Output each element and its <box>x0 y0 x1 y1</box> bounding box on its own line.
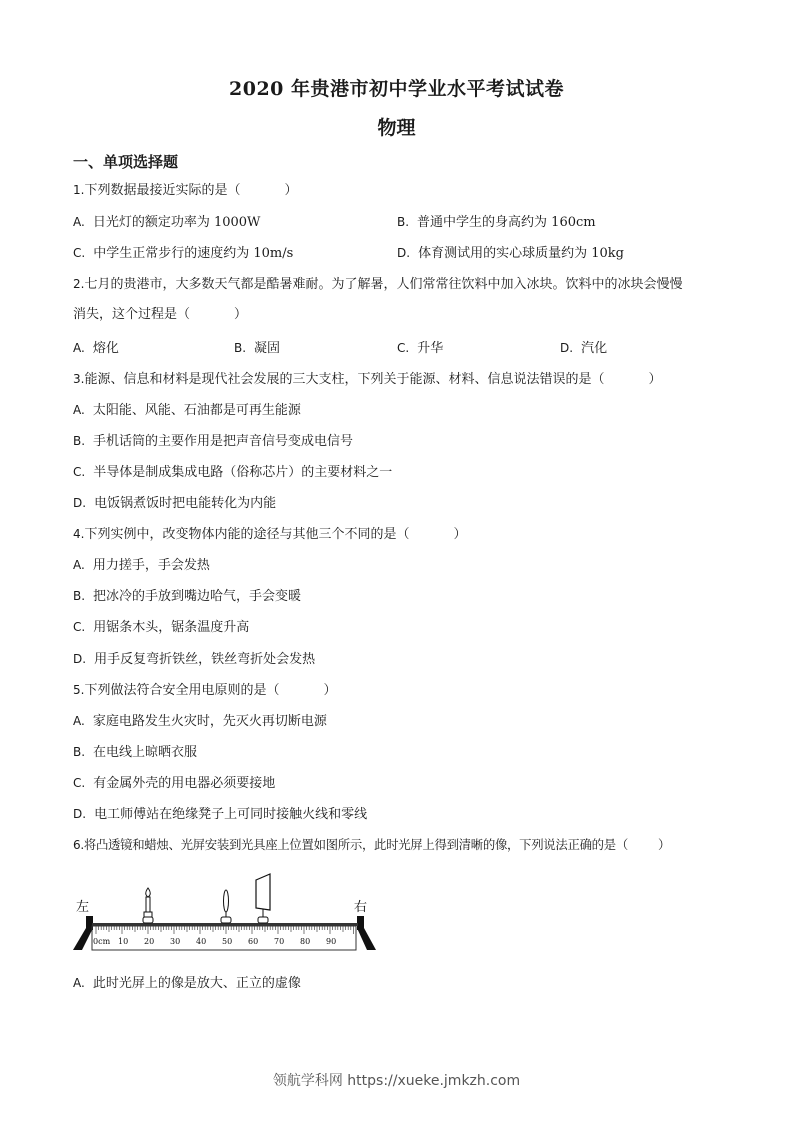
exam-title: 2020 年贵港市初中学业水平考试试卷 <box>0 74 793 101</box>
question-number: 5. <box>73 683 84 697</box>
question-3-option-c[interactable]: C.半导体是制成集成电路（俗称芯片）的主要材料之一 <box>73 464 392 481</box>
question-4-option-a[interactable]: A.用力搓手，手会发热 <box>73 557 210 574</box>
svg-text:90: 90 <box>326 937 336 946</box>
right-label: 右 <box>354 900 367 915</box>
question-2-option-c[interactable]: C.升华 <box>397 340 443 357</box>
question-1-option-c[interactable]: C.中学生正常步行的速度约为 10m/s <box>73 245 293 262</box>
optical-bench-figure: 左 右 0cm <box>70 868 380 954</box>
svg-text:50: 50 <box>222 937 232 946</box>
question-4-stem: 4.下列实例中，改变物体内能的途径与其他三个不同的是（） <box>73 526 466 543</box>
question-3-stem: 3.能源、信息和材料是现代社会发展的三大支柱，下列关于能源、材料、信息说法错误的… <box>73 371 661 388</box>
question-1-option-d[interactable]: D.体育测试用的实心球质量约为 10kg <box>397 245 624 262</box>
convex-lens-icon <box>221 890 231 923</box>
svg-text:80: 80 <box>300 937 310 946</box>
question-2-option-d[interactable]: D.汽化 <box>560 340 607 357</box>
question-3-option-b[interactable]: B.手机话筒的主要作用是把声音信号变成电信号 <box>73 433 353 450</box>
question-5-option-d[interactable]: D.电工师傅站在绝缘凳子上可同时接触火线和零线 <box>73 806 367 823</box>
candle-icon <box>143 888 153 923</box>
svg-text:0cm: 0cm <box>93 937 111 946</box>
question-number: 2. <box>73 277 84 291</box>
ruler-ticks <box>96 926 353 934</box>
question-6-option-a[interactable]: A.此时光屏上的像是放大、正立的虚像 <box>73 975 301 992</box>
question-3-option-a[interactable]: A.太阳能、风能、石油都是可再生能源 <box>73 402 301 419</box>
question-1-stem: 1.下列数据最接近实际的是（） <box>73 182 297 199</box>
question-1-option-a[interactable]: A.日光灯的额定功率为 1000W <box>73 214 260 231</box>
svg-text:30: 30 <box>170 937 180 946</box>
question-4-option-b[interactable]: B.把冰冷的手放到嘴边哈气，手会变暖 <box>73 588 301 605</box>
question-2-option-b[interactable]: B.凝固 <box>234 340 280 357</box>
question-2-option-a[interactable]: A.熔化 <box>73 340 119 357</box>
footer-watermark: 领航学科网 https://xueke.jmkzh.com <box>0 1070 793 1090</box>
question-3-option-d[interactable]: D.电饭锅煮饭时把电能转化为内能 <box>73 495 276 512</box>
question-number: 3. <box>73 372 84 386</box>
bench-right-stand-icon <box>357 916 376 950</box>
question-6-stem: 6.将凸透镜和蜡烛、光屏安装到光具座上位置如图所示，此时光屏上得到清晰的像，下列… <box>73 837 670 853</box>
svg-text:60: 60 <box>248 937 258 946</box>
question-5-option-c[interactable]: C.有金属外壳的用电器必须要接地 <box>73 775 275 792</box>
question-number: 4. <box>73 527 84 541</box>
light-screen-icon <box>256 874 270 923</box>
question-5-stem: 5.下列做法符合安全用电原则的是（） <box>73 682 336 699</box>
svg-text:10: 10 <box>118 937 128 946</box>
question-number: 1. <box>73 183 84 197</box>
question-4-option-d[interactable]: D.用手反复弯折铁丝，铁丝弯折处会发热 <box>73 651 315 668</box>
question-5-option-a[interactable]: A.家庭电路发生火灾时，先灭火再切断电源 <box>73 713 327 730</box>
question-4-option-c[interactable]: C.用锯条木头，锯条温度升高 <box>73 619 249 636</box>
svg-text:40: 40 <box>196 937 206 946</box>
bench-left-stand-icon <box>73 916 93 950</box>
svg-text:20: 20 <box>144 937 154 946</box>
svg-text:70: 70 <box>274 937 284 946</box>
question-2-stem-line2: 消失，这个过程是（） <box>73 307 247 323</box>
left-label: 左 <box>76 900 89 915</box>
question-number: 6. <box>73 838 84 852</box>
exam-subject: 物理 <box>0 113 793 140</box>
question-1-option-b[interactable]: B.普通中学生的身高约为 160cm <box>397 214 596 231</box>
ruler-labels: 0cm 10 20 30 40 50 60 70 80 90 <box>93 937 336 946</box>
section-heading: 一、单项选择题 <box>73 151 178 172</box>
question-5-option-b[interactable]: B.在电线上晾晒衣服 <box>73 744 197 761</box>
question-2-stem: 2.七月的贵港市，大多数天气都是酷暑难耐。为了解暑，人们常常往饮料中加入冰块。饮… <box>73 276 682 293</box>
